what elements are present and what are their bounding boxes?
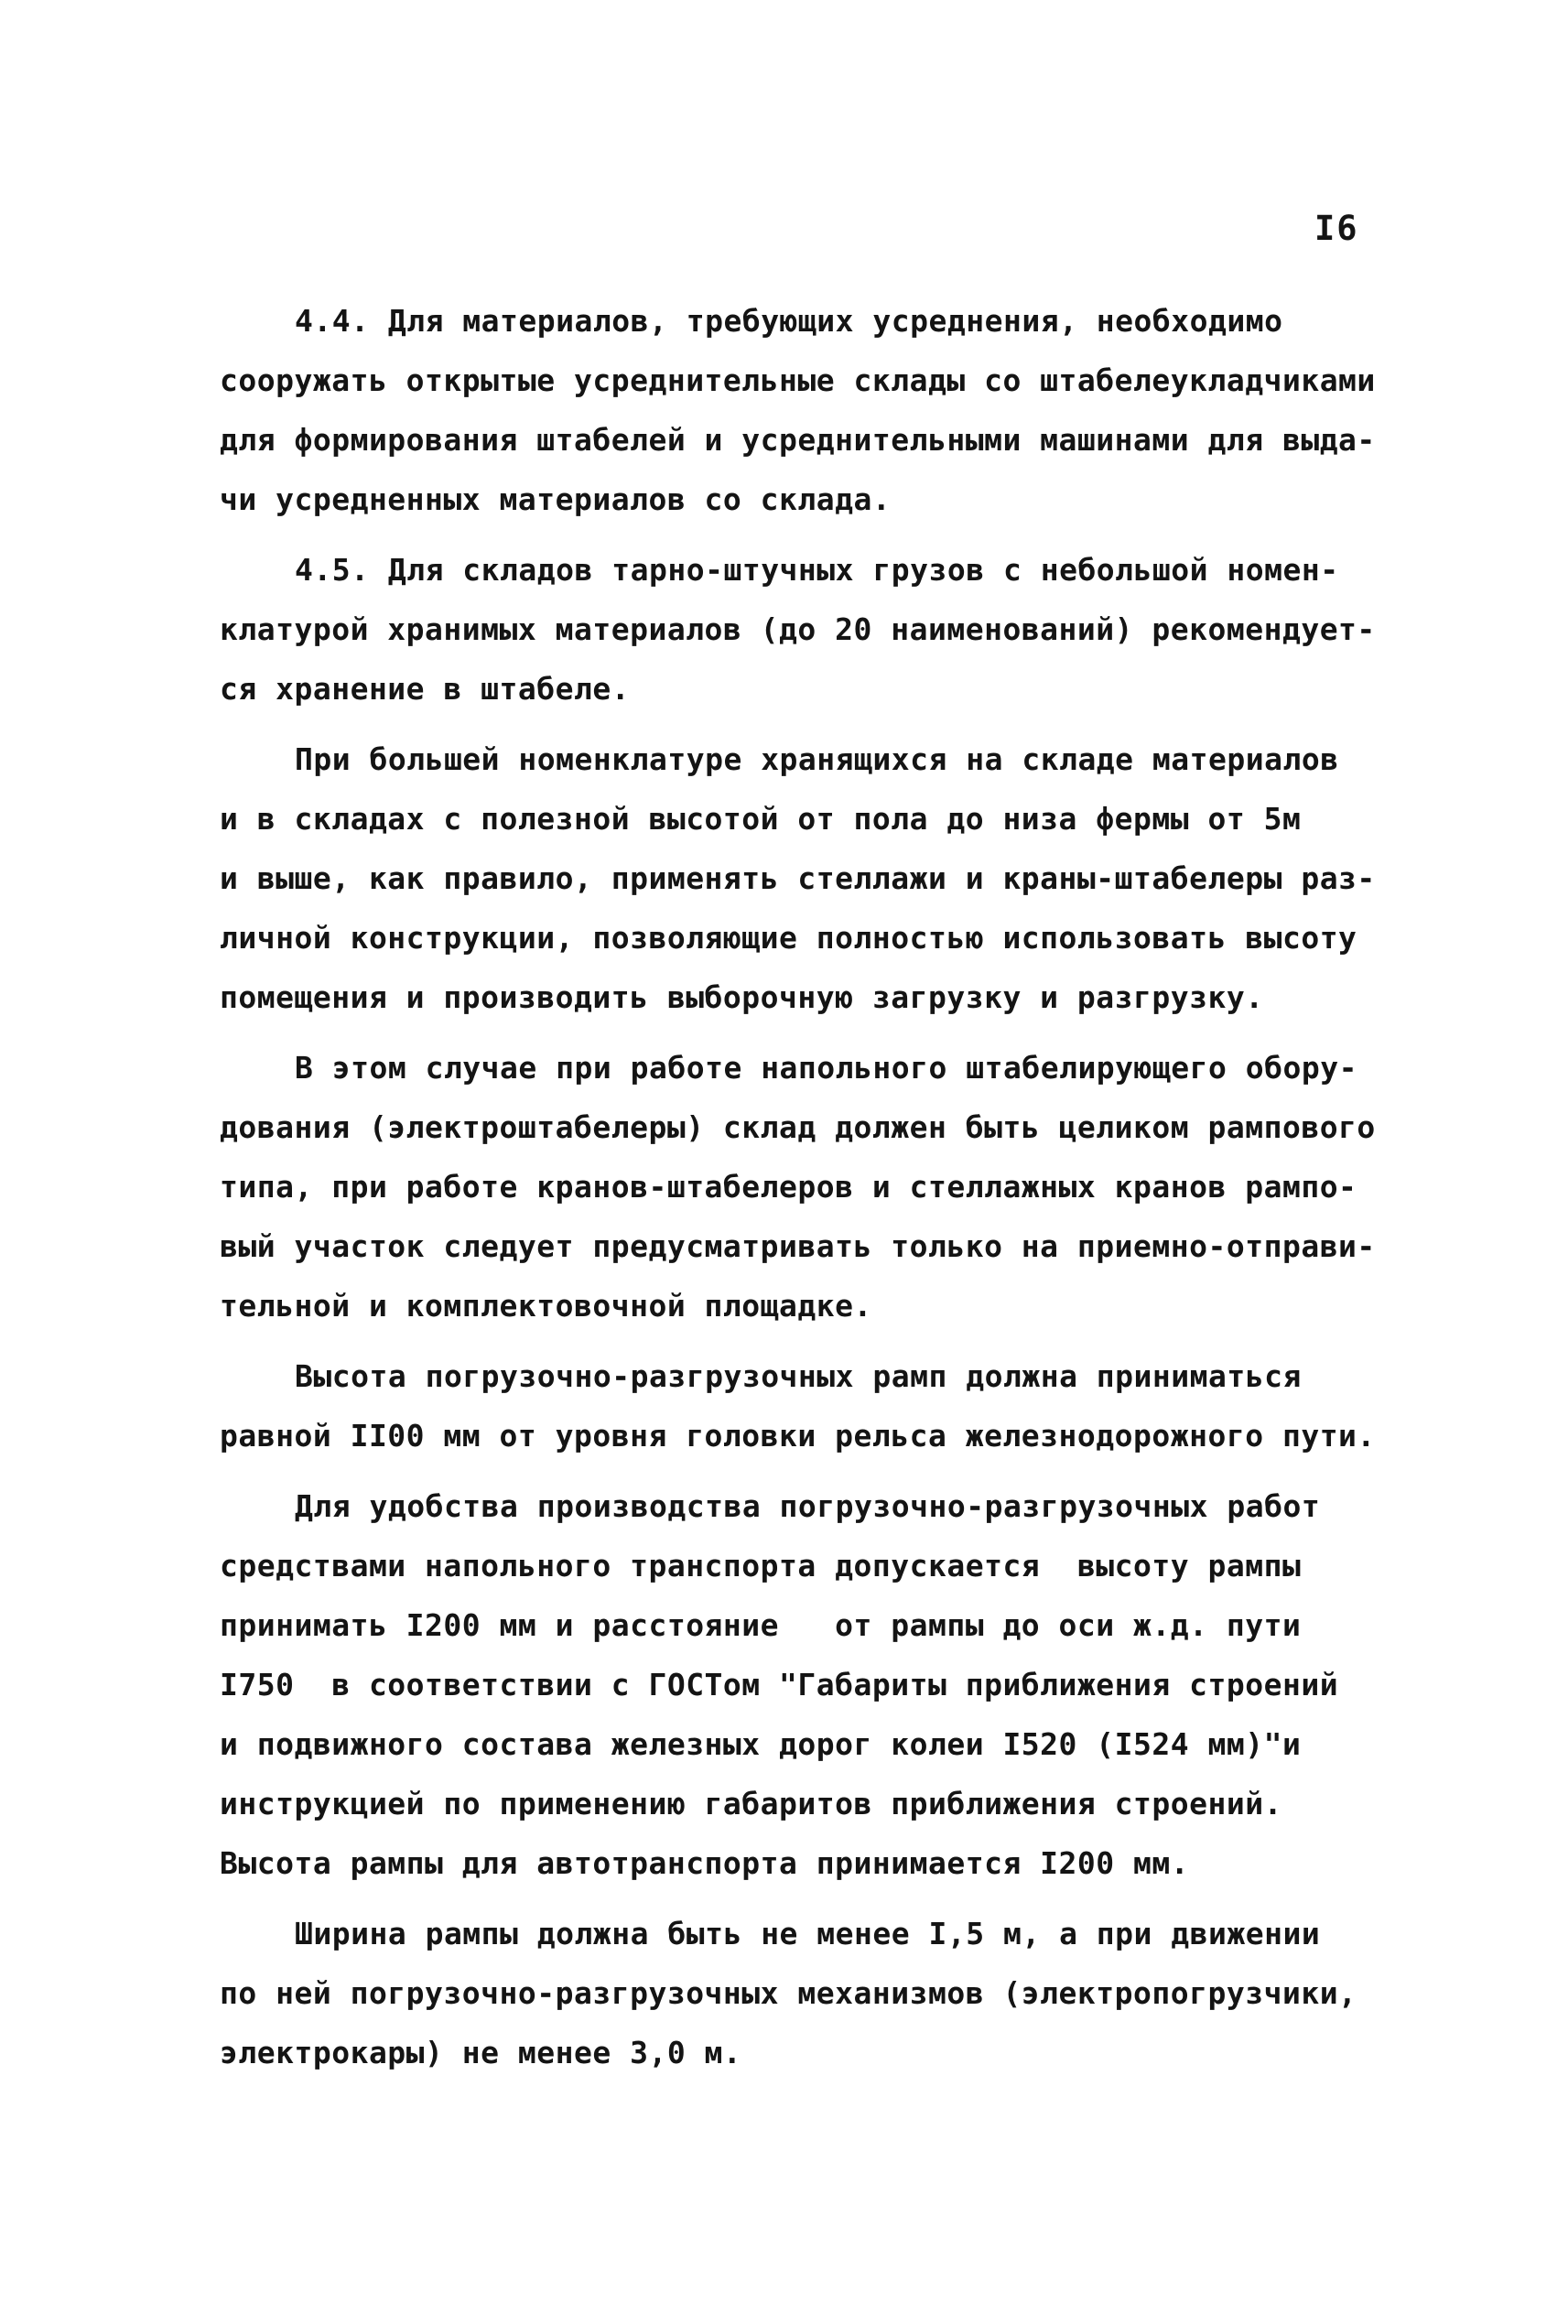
text-line: для формирования штабелей и усреднительн… — [220, 414, 1446, 473]
text-line: 4.4. Для материалов, требующих усреднени… — [220, 295, 1446, 354]
text-line: принимать I200 мм и расстояние от рампы … — [220, 1599, 1446, 1659]
text-line: чи усредненных материалов со склада. — [220, 473, 1446, 533]
text-line: При большей номенклатуре хранящихся на с… — [220, 733, 1446, 793]
text-line: дования (электроштабелеры) склад должен … — [220, 1101, 1446, 1161]
text-line: по ней погрузочно-разгрузочных механизмо… — [220, 1967, 1446, 2027]
text-line: Высота рампы для автотранспорта принимае… — [220, 1837, 1446, 1897]
paragraph-nomenclature: При большей номенклатуре хранящихся на с… — [220, 733, 1446, 1031]
text-line: средствами напольного транспорта допуска… — [220, 1540, 1446, 1599]
text-line: и выше, как правило, применять стеллажи … — [220, 852, 1446, 912]
text-line: и подвижного состава железных дорог коле… — [220, 1718, 1446, 1778]
text-line: Для удобства производства погрузочно-раз… — [220, 1480, 1446, 1540]
page-number: I6 — [1314, 209, 1359, 248]
text-line: типа, при работе кранов-штабелеров и сте… — [220, 1161, 1446, 1220]
text-line: Высота погрузочно-разгрузочных рамп долж… — [220, 1350, 1446, 1410]
text-line: личной конструкции, позволяющие полность… — [220, 912, 1446, 971]
paragraph-4-5: 4.5. Для складов тарно-штучных грузов с … — [220, 544, 1446, 722]
document-page: I6 4.4. Для материалов, требующих усредн… — [0, 0, 1568, 2324]
paragraph-loading-works: Для удобства производства погрузочно-раз… — [220, 1480, 1446, 1897]
text-line: Ширина рампы должна быть не менее I,5 м,… — [220, 1908, 1446, 1967]
text-line: помещения и производить выборочную загру… — [220, 971, 1446, 1031]
text-line: I750 в соответствии с ГОСТом "Габариты п… — [220, 1659, 1446, 1718]
text-line: тельной и комплектовочной площадке. — [220, 1280, 1446, 1339]
text-line: инструкцией по применению габаритов приб… — [220, 1778, 1446, 1837]
text-line: клатурой хранимых материалов (до 20 наим… — [220, 603, 1446, 663]
text-line: ся хранение в штабеле. — [220, 663, 1446, 722]
paragraph-ramp-width: Ширина рампы должна быть не менее I,5 м,… — [220, 1908, 1446, 2086]
text-line: равной II00 мм от уровня головки рельса … — [220, 1410, 1446, 1469]
text-line: сооружать открытые усреднительные склады… — [220, 354, 1446, 414]
text-line: и в складах с полезной высотой от пола д… — [220, 793, 1446, 852]
document-text-block: 4.4. Для материалов, требующих усреднени… — [220, 295, 1446, 2086]
paragraph-4-4: 4.4. Для материалов, требующих усреднени… — [220, 295, 1446, 533]
text-line: электрокары) не менее 3,0 м. — [220, 2027, 1446, 2086]
paragraph-ramp-height: Высота погрузочно-разгрузочных рамп долж… — [220, 1350, 1446, 1469]
paragraph-ramp-type: В этом случае при работе напольного штаб… — [220, 1042, 1446, 1339]
text-line: 4.5. Для складов тарно-штучных грузов с … — [220, 544, 1446, 603]
text-line: вый участок следует предусматривать толь… — [220, 1220, 1446, 1280]
text-line: В этом случае при работе напольного штаб… — [220, 1042, 1446, 1101]
